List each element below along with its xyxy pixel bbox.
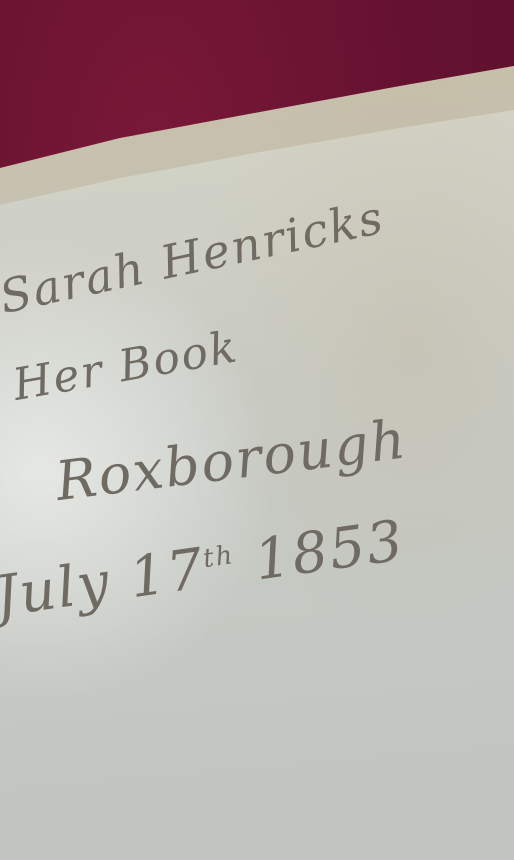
date-suffix: th	[201, 540, 236, 574]
